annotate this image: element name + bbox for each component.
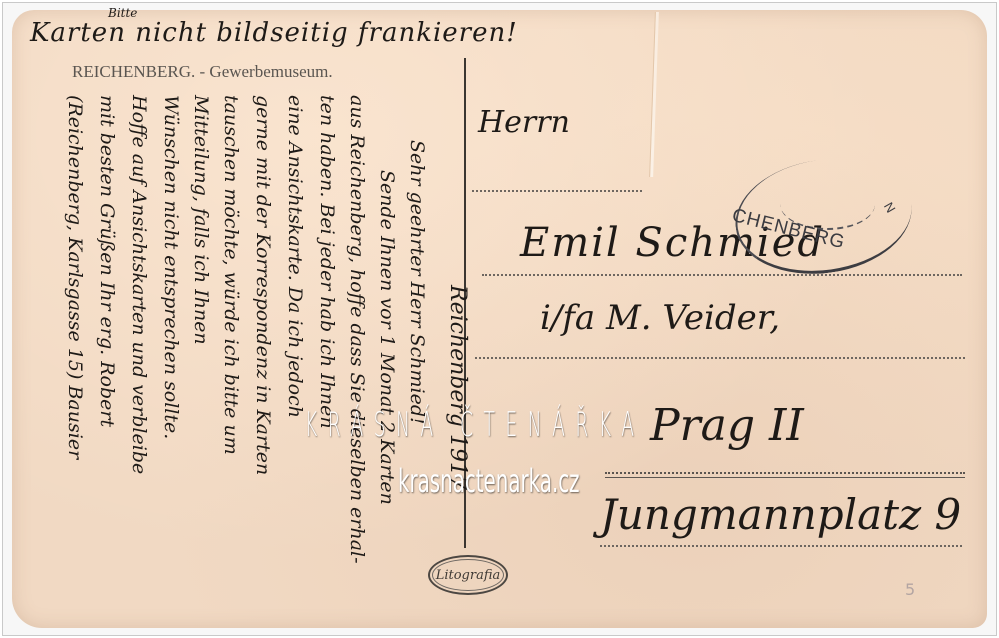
address-city: Prag II (650, 400, 804, 451)
litografia-text: Litografia (436, 568, 501, 583)
message-line: Sende Ihnen vor 1 Monat 2 Karten (376, 170, 398, 505)
address-line-3 (475, 357, 965, 359)
message-line: Sehr geehrter Herr Schmied! (406, 140, 428, 425)
message-line: ten haben. Bei jeder hab ich Ihnen (316, 95, 338, 429)
message-line: (Reichenberg, Karlsgasse 15) Bausier (64, 95, 86, 459)
message-line: Mitteilung, falls ich Ihnen (190, 95, 212, 345)
address-line-4 (605, 472, 965, 474)
message-line: Hoffe auf Ansichtskarten und verbleibe (128, 95, 150, 474)
address-line-2 (482, 274, 962, 276)
message-line: Wünschen nicht entsprechen sollte. (160, 95, 182, 439)
address-company: i/fa M. Veider, (540, 298, 780, 338)
address-salutation: Herrn (478, 105, 570, 140)
printed-header: REICHENBERG. - Gewerbemuseum. (72, 62, 333, 82)
litografia-mark: Litografia (428, 555, 508, 595)
message-line: mit besten Grüßen Ihr erg. Robert (96, 95, 118, 427)
pencil-mark: 5 (905, 580, 915, 599)
top-note: Karten nicht bildseitig frankieren! (30, 18, 518, 48)
watermark-title: KRÁSNÁ ČTENÁŘKA (305, 405, 644, 445)
message-line: aus Reichenberg, hoffe dass Sie dieselbe… (346, 95, 368, 564)
address-line-1 (472, 190, 642, 192)
message-date: Reichenberg 1917 (445, 285, 470, 490)
watermark-url[interactable]: krasnactenarka.cz (398, 462, 580, 500)
message-line: gerne mit der Korrespondenz in Karten (252, 95, 274, 475)
address-street: Jungmannplatz 9 (600, 490, 961, 539)
message-line: tauschen möchte, würde ich bitte um (220, 95, 242, 455)
message-line: eine Ansichtskarte. Da ich jedoch (284, 95, 306, 418)
address-line-5 (600, 545, 962, 547)
